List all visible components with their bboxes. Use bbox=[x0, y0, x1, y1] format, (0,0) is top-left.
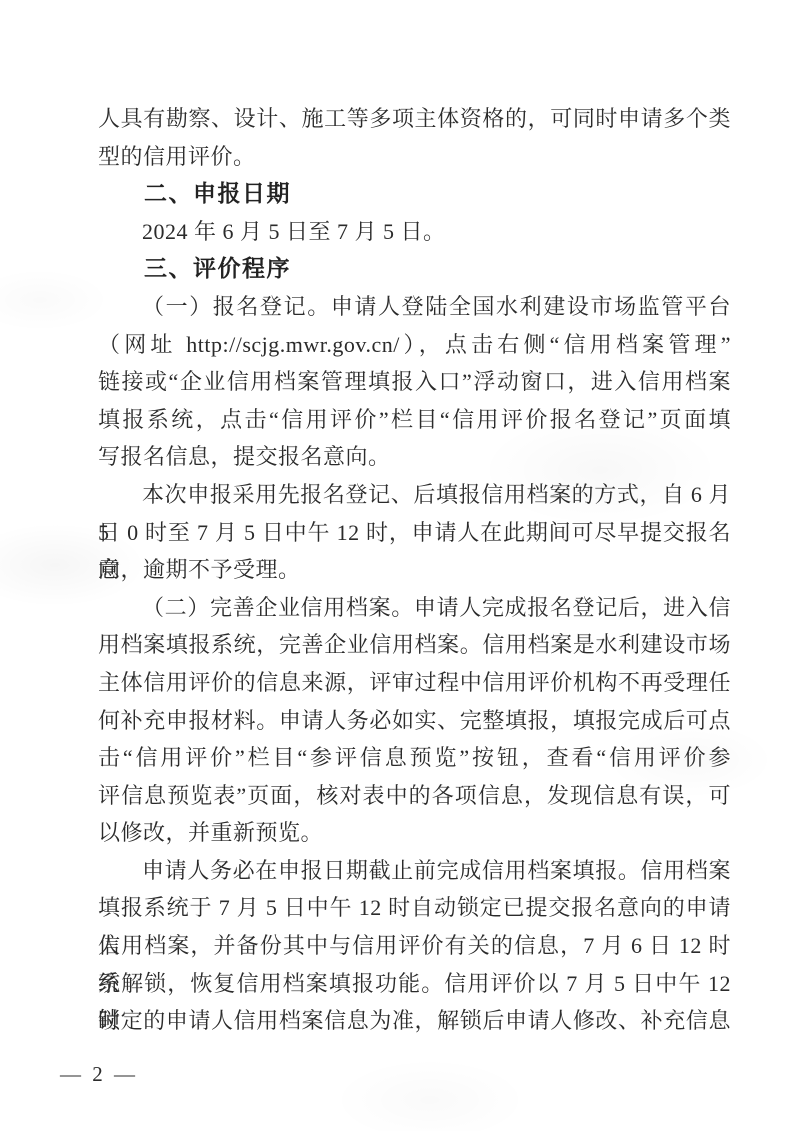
text-line: 击“信用评价”栏目“参评信息预览”按钮，查看“信用评价参 bbox=[98, 739, 731, 777]
text-line: （网址 http://scjg.mwr.gov.cn/），点击右侧“信用档案管理… bbox=[98, 326, 731, 364]
text-line: 填报系统，点击“信用评价”栏目“信用评价报名登记”页面填 bbox=[98, 401, 731, 439]
text-line: 日 0 时至 7 月 5 日中午 12 时，申请人在此期间可尽早提交报名意 bbox=[98, 514, 731, 552]
text-line: 型的信用评价。 bbox=[98, 138, 731, 176]
text-line: 锁定的申请人信用档案信息为准，解锁后申请人修改、补充信息 bbox=[98, 1002, 731, 1040]
text-line: （一）报名登记。申请人登陆全国水利建设市场监管平台 bbox=[98, 288, 731, 326]
text-line: 评信息预览表”页面，核对表中的各项信息，发现信息有误，可 bbox=[98, 777, 731, 815]
text-line: 何补充申报材料。申请人务必如实、完整填报，填报完成后可点 bbox=[98, 702, 731, 740]
text-line: 申请人务必在申报日期截止前完成信用档案填报。信用档案 bbox=[98, 852, 731, 890]
text-line: （二）完善企业信用档案。申请人完成报名登记后，进入信 bbox=[98, 589, 731, 627]
text-line: 主体信用评价的信息来源，评审过程中信用评价机构不再受理任 bbox=[98, 664, 731, 702]
text-line: 用档案填报系统，完善企业信用档案。信用档案是水利建设市场 bbox=[98, 626, 731, 664]
text-line: 人具有勘察、设计、施工等多项主体资格的，可同时申请多个类 bbox=[98, 100, 731, 138]
section-heading-evaluation-procedure: 三、评价程序 bbox=[98, 250, 731, 288]
section-heading-application-date: 二、申报日期 bbox=[98, 175, 731, 213]
text-line: 向，逾期不予受理。 bbox=[98, 551, 731, 589]
text-line: 本次申报采用先报名登记、后填报信用档案的方式，自 6 月 5 bbox=[98, 476, 731, 514]
page-number: — 2 — bbox=[60, 1062, 138, 1087]
text-line: 统解锁，恢复信用档案填报功能。信用评价以 7 月 5 日中午 12 时 bbox=[98, 965, 731, 1003]
scanned-document-page: 人具有勘察、设计、施工等多项主体资格的，可同时申请多个类 型的信用评价。 二、申… bbox=[0, 0, 800, 1131]
document-body: 人具有勘察、设计、施工等多项主体资格的，可同时申请多个类 型的信用评价。 二、申… bbox=[98, 100, 731, 1040]
text-line: 链接或“企业信用档案管理填报入口”浮动窗口，进入信用档案 bbox=[98, 363, 731, 401]
text-line: 信用档案，并备份其中与信用评价有关的信息，7 月 6 日 12 时系 bbox=[98, 927, 731, 965]
text-line: 写报名信息，提交报名意向。 bbox=[98, 438, 731, 476]
text-line: 2024 年 6 月 5 日至 7 月 5 日。 bbox=[98, 213, 731, 251]
text-line: 以修改，并重新预览。 bbox=[98, 814, 731, 852]
text-line: 填报系统于 7 月 5 日中午 12 时自动锁定已提交报名意向的申请人 bbox=[98, 889, 731, 927]
